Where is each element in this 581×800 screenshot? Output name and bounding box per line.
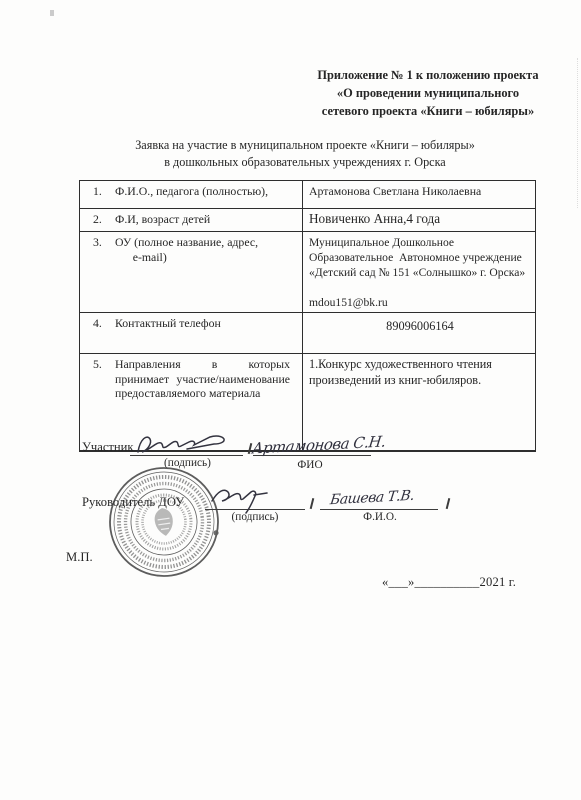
row3-label: ОУ (полное название, адрес, e-mail): [115, 235, 298, 264]
document-header: Приложение № 1 к положению проекта «О пр…: [283, 66, 573, 120]
header-line-3: сетевого проекта «Книги – юбиляры»: [283, 102, 573, 120]
participant-label: Участник: [82, 440, 134, 455]
row3-number: 3.: [93, 235, 115, 264]
seal-place-label: М.П.: [66, 550, 93, 565]
row5-number: 5.: [93, 357, 115, 401]
table-row: 1. Ф.И.О., педагога (полностью), Артамон…: [80, 181, 536, 209]
row2-value: Новиченко Анна,4 года: [303, 209, 536, 232]
table-row: 4. Контактный телефон 89096006164: [80, 313, 536, 354]
row1-label-cell: 1. Ф.И.О., педагога (полностью),: [80, 181, 303, 209]
row1-number: 1.: [93, 184, 115, 199]
head-name-line: [320, 509, 438, 510]
row4-number: 4.: [93, 316, 115, 331]
row3-value: Муниципальное Дошкольное Образовательное…: [303, 232, 536, 313]
row5-label: Направления в которых принимает участие/…: [115, 357, 298, 401]
row2-label: Ф.И, возраст детей: [115, 212, 298, 227]
row2-label-cell: 2. Ф.И, возраст детей: [80, 209, 303, 232]
table-row: 3. ОУ (полное название, адрес, e-mail) М…: [80, 232, 536, 313]
head-handwritten-name: Башева Т.В.: [329, 488, 415, 509]
header-line-1: Приложение № 1 к положению проекта: [283, 66, 573, 84]
official-round-stamp: [98, 456, 229, 587]
date-line: «___»__________2021 г.: [382, 575, 516, 590]
pen-tick: [310, 498, 314, 509]
header-line-2: «О проведении муниципального: [283, 84, 573, 102]
head-signature-caption: (подпись): [210, 511, 300, 523]
participant-fio-caption: ФИО: [280, 459, 340, 471]
scan-artifact-mark: [50, 10, 54, 16]
application-table: 1. Ф.И.О., педагога (полностью), Артамон…: [79, 180, 536, 452]
document-title: Заявка на участие в муниципальном проект…: [75, 137, 535, 171]
scan-edge-dots: [577, 58, 578, 208]
row1-label: Ф.И.О., педагога (полностью),: [115, 184, 298, 199]
row4-label: Контактный телефон: [115, 316, 298, 331]
table-row: 2. Ф.И, возраст детей Новиченко Анна,4 г…: [80, 209, 536, 232]
title-line-1: Заявка на участие в муниципальном проект…: [75, 137, 535, 154]
row3-label-cell: 3. ОУ (полное название, адрес, e-mail): [80, 232, 303, 313]
title-line-2: в дошкольных образовательных учреждениях…: [75, 154, 535, 171]
pen-tick: [446, 498, 450, 509]
row4-label-cell: 4. Контактный телефон: [80, 313, 303, 354]
scanned-application-form: Приложение № 1 к положению проекта «О пр…: [0, 0, 581, 800]
row4-value: 89096006164: [303, 313, 536, 354]
participant-signature-scribble: [132, 430, 232, 457]
row1-value: Артамонова Светлана Николаевна: [303, 181, 536, 209]
row2-number: 2.: [93, 212, 115, 227]
head-fio-caption: Ф.И.О.: [350, 511, 410, 523]
